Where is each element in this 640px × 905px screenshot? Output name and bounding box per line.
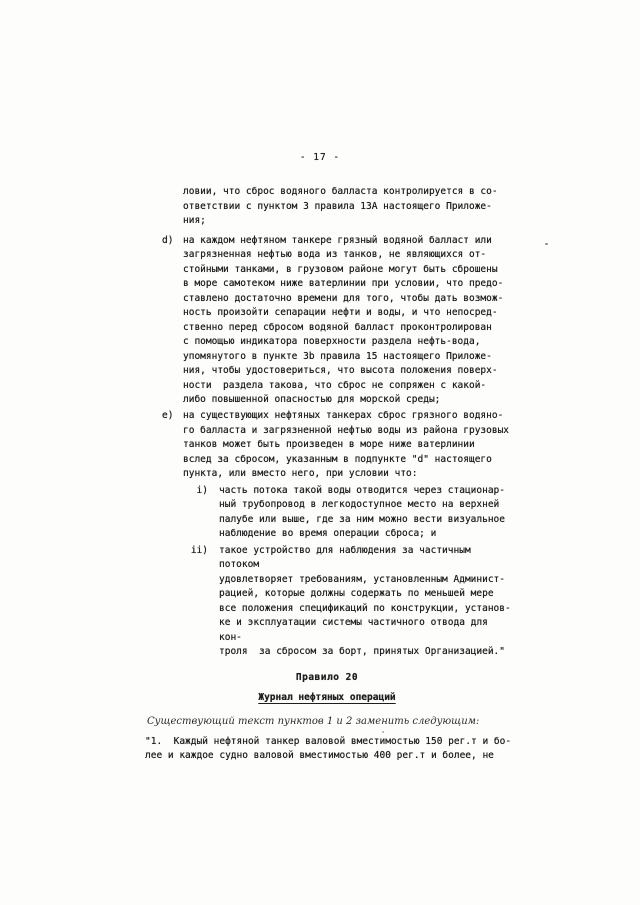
paragraph-continuation: ловии, что сброс водяного балласта контр… xyxy=(183,185,514,229)
amendment-note: Существующий текст пунктов 1 и 2 заменит… xyxy=(147,715,514,728)
page-body: ловии, что сброс водяного балласта контр… xyxy=(162,180,514,764)
sublist-item-i-text: часть потока такой воды отводится через … xyxy=(219,484,514,542)
list-item-e: e) на существующих нефтяных танкерах сбр… xyxy=(183,409,514,482)
rule-subtitle: Журнал нефтяных операций xyxy=(162,691,492,706)
list-marker-d: d) xyxy=(162,234,173,249)
scan-artifact-speck xyxy=(382,731,384,733)
sublist-marker-i: i) xyxy=(189,484,208,499)
document-page: - 17 - ловии, что сброс водяного балласт… xyxy=(0,0,640,905)
sublist-item-ii-text: такое устройство для наблюдения за части… xyxy=(219,544,514,660)
list-item-d: d) на каждом нефтяном танкере грязный во… xyxy=(183,234,514,408)
rule-subtitle-text: Журнал нефтяных операций xyxy=(258,692,395,703)
list-item-d-text: на каждом нефтяном танкере грязный водян… xyxy=(183,234,514,408)
scan-artifact-speck xyxy=(545,243,548,245)
paragraph-1: "1. Каждый нефтяной танкер валовой вмест… xyxy=(145,735,517,764)
rule-heading: Правило 20 xyxy=(162,671,492,686)
list-item-e-text: на существующих нефтяных танкерах сброс … xyxy=(183,409,514,482)
page-number: - 17 - xyxy=(0,151,640,166)
sublist-marker-ii: ii) xyxy=(189,544,208,559)
sublist-item-ii: ii) такое устройство для наблюдения за ч… xyxy=(219,544,514,660)
sublist-item-i: i) часть потока такой воды отводится чер… xyxy=(219,484,514,542)
list-marker-e: e) xyxy=(162,409,173,424)
